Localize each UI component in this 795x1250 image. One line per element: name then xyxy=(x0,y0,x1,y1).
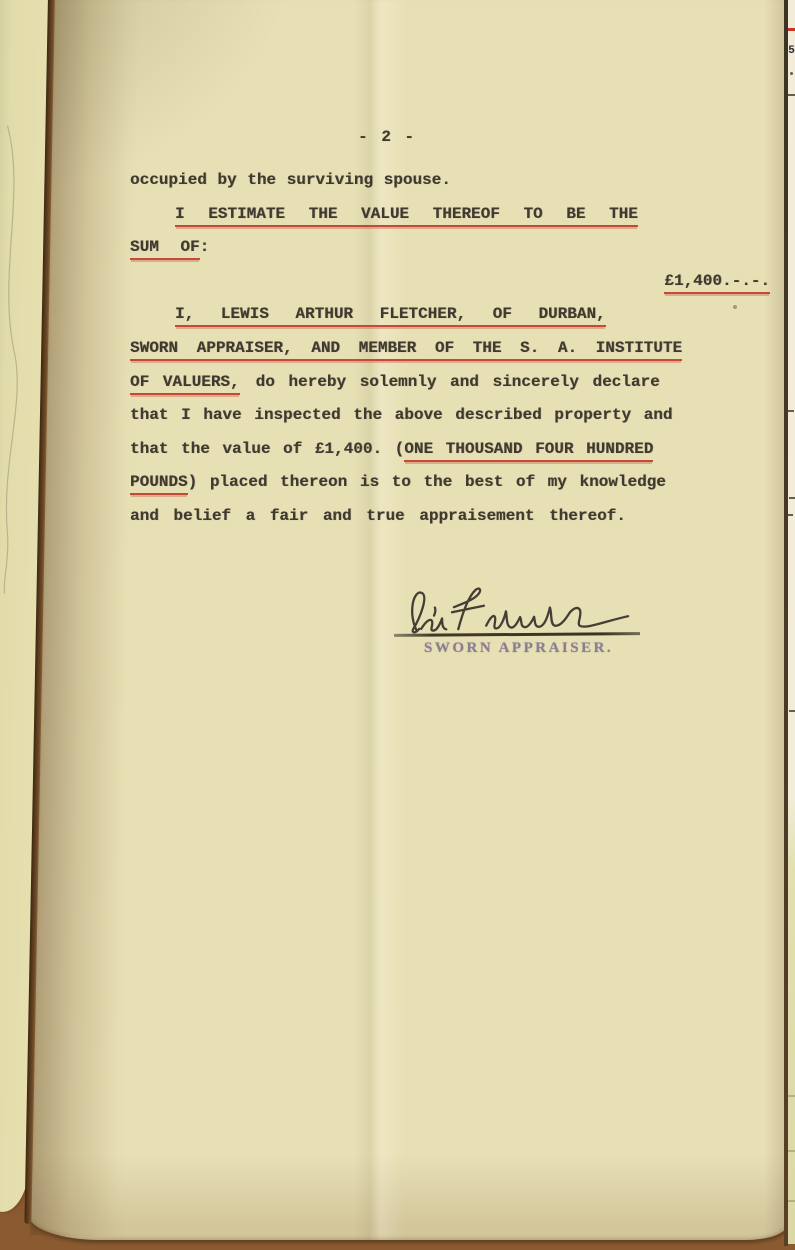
signature xyxy=(401,580,646,646)
sum-of-underlined-text: SUM OF xyxy=(130,238,200,260)
declaration-6-rest: ) placed thereon is to the best of my kn… xyxy=(188,473,666,491)
declarant-name-underlined: I, LEWIS ARTHUR FLETCHER, OF DURBAN, xyxy=(175,305,606,327)
ink-speck xyxy=(733,305,737,309)
margin-red-line xyxy=(788,28,795,31)
typed-line-declaration-1: I, LEWIS ARTHUR FLETCHER, OF DURBAN, xyxy=(130,305,770,339)
typed-line-declaration-4: that I have inspected the above describe… xyxy=(130,406,770,440)
typed-line-spouse: occupied by the surviving spouse. xyxy=(130,171,770,205)
declaration-5-prefix: that the value of £1,400. ( xyxy=(130,440,404,458)
edge-mark xyxy=(788,94,795,96)
scan-backdrop: { "colors": { "paper": "#e8e0b5", "typew… xyxy=(0,0,795,1250)
typed-line-estimate: I ESTIMATE THE VALUE THEREOF TO BE THE xyxy=(130,205,770,239)
sum-of-colon: : xyxy=(200,238,210,256)
typed-line-declaration-7: and belief a fair and true appraisement … xyxy=(130,507,770,541)
edge-mark xyxy=(788,1150,795,1152)
page-number: - 2 - xyxy=(358,128,770,150)
adjacent-page-edge: 5 xyxy=(788,0,795,1244)
declaration-3-rest: do hereby solemnly and sincerely declare xyxy=(256,373,660,391)
typed-text-block: - 2 - occupied by the surviving spouse. … xyxy=(130,128,770,541)
typed-line-declaration-2: SWORN APPRAISER, AND MEMBER OF THE S. A.… xyxy=(130,339,770,373)
edge-mark xyxy=(788,1200,795,1202)
edge-mark xyxy=(788,514,793,516)
edge-mark xyxy=(788,410,794,412)
pounds-underlined: POUNDS xyxy=(130,473,188,495)
edge-mark xyxy=(789,497,795,499)
sworn-appraiser-stamp: SWORN APPRAISER. xyxy=(424,640,613,657)
typed-line-declaration-6: POUNDS) placed thereon is to the best of… xyxy=(130,473,770,507)
document-page: - 2 - occupied by the surviving spouse. … xyxy=(28,0,787,1240)
edge-mark xyxy=(788,1095,795,1097)
of-valuers-underlined: OF VALUERS, xyxy=(130,373,240,395)
estimate-underlined-text: I ESTIMATE THE VALUE THEREOF TO BE THE xyxy=(175,205,638,227)
value-amount-line: £1,400.-.-. xyxy=(130,272,770,306)
amount-words-underlined: ONE THOUSAND FOUR HUNDRED xyxy=(404,440,653,462)
edge-tab-number: 5 xyxy=(788,44,795,58)
typed-line-declaration-3: OF VALUERS,do hereby solemnly and sincer… xyxy=(130,373,770,407)
value-amount: £1,400.-.-. xyxy=(664,272,770,294)
edge-mark xyxy=(790,72,793,75)
edge-mark xyxy=(789,710,795,712)
typed-line-declaration-5: that the value of £1,400. (ONE THOUSAND … xyxy=(130,440,770,474)
typed-line-sum-of: SUM OF: xyxy=(130,238,770,272)
appraiser-title-underlined: SWORN APPRAISER, AND MEMBER OF THE S. A.… xyxy=(130,339,682,361)
